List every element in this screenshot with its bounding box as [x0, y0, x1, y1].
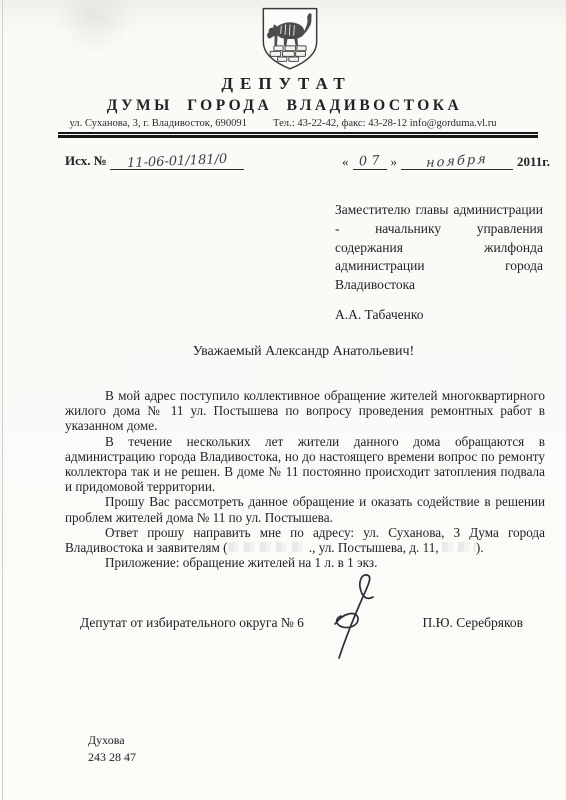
executor-block: Духова 243 28 47: [88, 732, 136, 765]
signature-stroke-icon: [330, 570, 388, 660]
header-divider: [58, 132, 538, 138]
quote-close: »: [391, 154, 398, 170]
signer-position: Депутат от избирательного округа № 6: [80, 615, 304, 631]
header-contact-line: ул. Суханова, 3, г. Владивосток, 690091 …: [0, 118, 566, 129]
outgoing-number: Исх. № 11-06-01/181/0: [65, 153, 244, 170]
recipient-name: А.А. Табаченко: [335, 306, 543, 325]
org-title-duma: ДУМЫ ГОРОДА ВЛАДИВОСТОКА: [0, 97, 566, 115]
signer-name: П.Ю. Серебряков: [423, 615, 523, 631]
outgoing-number-label: Исх. №: [65, 153, 107, 168]
redacted-applicant-name: [228, 542, 306, 552]
date-month: ноября: [401, 153, 513, 170]
attachment-line: Приложение: обращение жителей на 1 л. в …: [65, 555, 545, 570]
quote-open: «: [342, 154, 349, 170]
recipient-position: Заместителю главы администрации - началь…: [335, 201, 543, 295]
reference-row: Исх. № 11-06-01/181/0 « 0 7 » ноября 201…: [65, 146, 550, 170]
salutation: Уважаемый Александр Анатольевич!: [65, 344, 542, 360]
paragraph-4-end: ).: [476, 540, 484, 555]
letter-date: « 0 7 » ноября 2011г.: [342, 153, 550, 170]
recipient-block: Заместителю главы администрации - началь…: [335, 201, 543, 325]
org-address: ул. Суханова, 3, г. Владивосток, 690091: [69, 118, 247, 129]
paragraph-4-mid: ., ул. Постышева, д. 11,: [306, 540, 442, 555]
paragraph-3: Прошу Вас рассмотреть данное обращение и…: [65, 494, 545, 524]
letter-body: В мой адрес поступило коллективное обращ…: [65, 388, 545, 570]
paragraph-1: В мой адрес поступило коллективное обращ…: [65, 388, 545, 434]
redacted-apartment: [442, 542, 476, 552]
letter-scan: ДЕПУТАТ ДУМЫ ГОРОДА ВЛАДИВОСТОКА ул. Сух…: [0, 0, 566, 800]
date-day: 0 7: [353, 153, 387, 170]
coat-of-arms-icon: [259, 6, 321, 72]
outgoing-number-value: 11-06-01/181/0: [110, 153, 244, 170]
paragraph-2: В течение нескольких лет жители данного …: [65, 434, 545, 495]
date-year: 2011г.: [517, 154, 550, 170]
executor-name: Духова: [88, 732, 136, 749]
org-phones: Тел.: 43-22-42, факс: 43-28-12 info@gord…: [273, 118, 497, 129]
executor-phone: 243 28 47: [88, 749, 136, 766]
paragraph-4: Ответ прошу направить мне по адресу: ул.…: [65, 525, 545, 555]
org-title-deputy: ДЕПУТАТ: [0, 74, 566, 94]
